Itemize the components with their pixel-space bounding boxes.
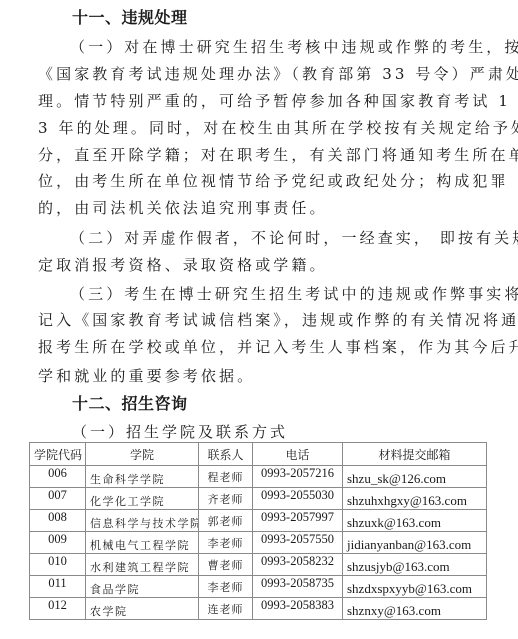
contact-person: 连老师 xyxy=(199,598,253,620)
table-row: 009 机械电气工程学院 李老师 0993-2057550 jidianyanb… xyxy=(30,532,487,554)
table-row: 011 食品学院 李老师 0993-2058735 shzdxspxyyb@16… xyxy=(30,576,487,598)
college-code: 010 xyxy=(30,554,86,576)
table-row: 012 农学院 连老师 0993-2058383 shznxy@163.com xyxy=(30,598,487,620)
college-code: 006 xyxy=(30,466,86,488)
college-name: 水利建筑工程学院 xyxy=(86,554,199,576)
phone-number: 0993-2057997 xyxy=(253,510,343,532)
paragraph-line: （一）对在博士研究生招生考核中违规或作弊的考生，按照 xyxy=(70,37,476,57)
contact-person: 程老师 xyxy=(199,466,253,488)
header-college-code: 学院代码 xyxy=(30,443,86,466)
header-contact: 联系人 xyxy=(199,443,253,466)
email-address: shzusjyb@163.com xyxy=(343,554,487,576)
paragraph-line: 位，由考生所在单位视情节给予党纪或政纪处分；构成犯罪 xyxy=(38,171,476,191)
paragraph-line: （二）对弄虚作假者，不论何时，一经查实， 即按有关规 xyxy=(70,228,476,248)
contact-person: 齐老师 xyxy=(199,488,253,510)
section-12-subheading: （一）招生学院及联系方式 xyxy=(72,422,288,442)
email-address: shzuhxhgxy@163.com xyxy=(343,488,487,510)
college-code: 011 xyxy=(30,576,86,598)
section-11-heading: 十一、违规处理 xyxy=(72,8,188,28)
table-header-row: 学院代码 学院 联系人 电话 材料提交邮箱 xyxy=(30,443,487,466)
phone-number: 0993-2057216 xyxy=(253,466,343,488)
contact-person: 曹老师 xyxy=(199,554,253,576)
college-contacts-table: 学院代码 学院 联系人 电话 材料提交邮箱 006 生命科学学院 程老师 099… xyxy=(29,442,487,620)
college-code: 012 xyxy=(30,598,86,620)
header-phone: 电话 xyxy=(253,443,343,466)
header-email: 材料提交邮箱 xyxy=(343,443,487,466)
paragraph-line: 分，直至开除学籍；对在职考生，有关部门将通知考生所在单 xyxy=(38,145,476,165)
paragraph-line: 3 年的处理。同时，对在校生由其所在学校按有关规定给予处 xyxy=(38,118,476,138)
college-code: 009 xyxy=(30,532,86,554)
email-address: shzu_sk@126.com xyxy=(343,466,487,488)
email-address: jidianyanban@163.com xyxy=(343,532,487,554)
paragraph-line: 学和就业的重要参考依据。 xyxy=(38,366,476,386)
paragraph-line: 记入《国家教育考试诚信档案》，违规或作弊的有关情况将通 xyxy=(38,310,476,330)
college-name: 食品学院 xyxy=(86,576,199,598)
paragraph-line: （三）考生在博士研究生招生考试中的违规或作弊事实将被 xyxy=(70,284,476,304)
email-address: shznxy@163.com xyxy=(343,598,487,620)
college-code: 007 xyxy=(30,488,86,510)
table-row: 010 水利建筑工程学院 曹老师 0993-2058232 shzusjyb@1… xyxy=(30,554,487,576)
contact-person: 李老师 xyxy=(199,576,253,598)
table-row: 006 生命科学学院 程老师 0993-2057216 shzu_sk@126.… xyxy=(30,466,487,488)
college-name: 化学化工学院 xyxy=(86,488,199,510)
college-name: 机械电气工程学院 xyxy=(86,532,199,554)
college-code: 008 xyxy=(30,510,86,532)
phone-number: 0993-2058383 xyxy=(253,598,343,620)
phone-number: 0993-2057550 xyxy=(253,532,343,554)
table-row: 008 信息科学与技术学院 郭老师 0993-2057997 shzuxk@16… xyxy=(30,510,487,532)
table-row: 007 化学化工学院 齐老师 0993-2055030 shzuhxhgxy@1… xyxy=(30,488,487,510)
contact-person: 李老师 xyxy=(199,532,253,554)
paragraph-line: 报考生所在学校或单位，并记入考生人事档案，作为其今后升 xyxy=(38,337,476,357)
contact-person: 郭老师 xyxy=(199,510,253,532)
email-address: shzuxk@163.com xyxy=(343,510,487,532)
college-name: 生命科学学院 xyxy=(86,466,199,488)
header-college: 学院 xyxy=(86,443,199,466)
phone-number: 0993-2058735 xyxy=(253,576,343,598)
section-12-heading: 十二、招生咨询 xyxy=(72,394,188,414)
paragraph-line: 定取消报考资格、录取资格或学籍。 xyxy=(38,255,476,275)
phone-number: 0993-2058232 xyxy=(253,554,343,576)
paragraph-line: 的，由司法机关依法追究刑事责任。 xyxy=(38,198,476,218)
phone-number: 0993-2055030 xyxy=(253,488,343,510)
paragraph-line: 《国家教育考试违规处理办法》（教育部第 33 号令）严肃处 xyxy=(38,64,476,84)
paragraph-line: 理。情节特别严重的，可给予暂停参加各种国家教育考试 1 至 xyxy=(38,91,476,111)
college-name: 农学院 xyxy=(86,598,199,620)
email-address: shzdxspxyyb@163.com xyxy=(343,576,487,598)
college-name: 信息科学与技术学院 xyxy=(86,510,199,532)
